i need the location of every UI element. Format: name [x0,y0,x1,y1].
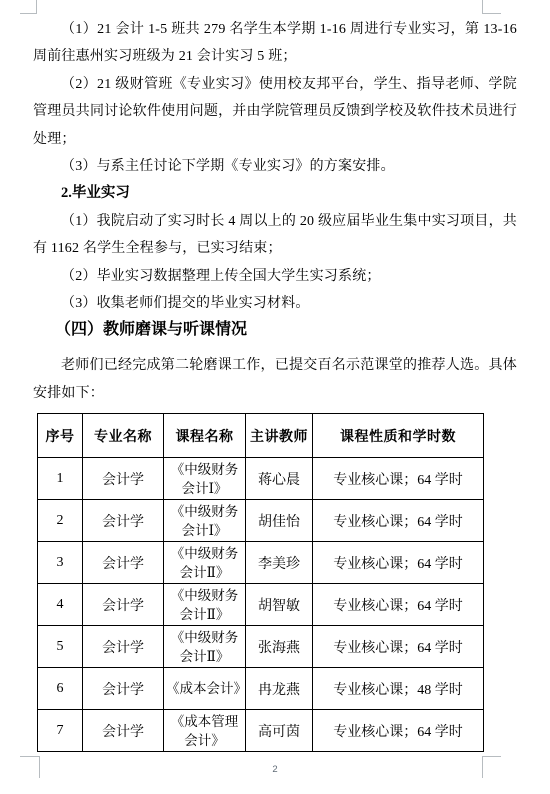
header-cell-no: 序号 [38,414,83,458]
table-row: 7 会计学 《成本管理 会计》 高可茵 专业核心课；64 学时 [38,710,484,752]
table-row: 2 会计学 《中级财务 会计Ⅰ》 胡佳怡 专业核心课；64 学时 [38,500,484,542]
cell-nature: 专业核心课；64 学时 [313,584,484,626]
paragraph-section4-intro: 老师们已经完成第二轮磨课工作，已提交百名示范课堂的推荐人选。具体安排如下： [33,352,517,407]
heading-section-4: （四）教师磨课与听课情况 [33,318,517,342]
cell-nature: 专业核心课；64 学时 [313,710,484,752]
cell-no: 2 [38,500,83,542]
paragraph-internship-1: （1）21 会计 1-5 班共 279 名学生本学期 1-16 周进行专业实习，… [33,16,517,71]
paragraph-internship-2: （2）21 级财管班《专业实习》使用校友邦平台，学生、指导老师、学院管理员共同讨… [33,71,517,153]
paragraph-internship-3: （3）与系主任讨论下学期《专业实习》的方案安排。 [33,153,517,180]
paragraph-graduation-3: （3）收集老师们提交的毕业实习材料。 [33,290,517,317]
cell-no: 6 [38,668,83,710]
cell-nature: 专业核心课；64 学时 [313,500,484,542]
header-cell-major: 专业名称 [83,414,164,458]
cell-nature: 专业核心课；64 学时 [313,626,484,668]
cell-major: 会计学 [83,584,164,626]
cell-teacher: 张海燕 [246,626,313,668]
cell-major: 会计学 [83,458,164,500]
cell-no: 5 [38,626,83,668]
paragraph-graduation-1: （1）我院启动了实习时长 4 周以上的 20 级应届毕业生集中实习项目，共有 1… [33,208,517,263]
document-page: （1）21 会计 1-5 班共 279 名学生本学期 1-16 周进行专业实习，… [0,0,550,794]
cell-course: 《成本会计》 [164,668,246,710]
cell-course: 《中级财务 会计Ⅰ》 [164,500,246,542]
cell-teacher: 高可茵 [246,710,313,752]
header-cell-teacher: 主讲教师 [246,414,313,458]
course-table: 序号 专业名称 课程名称 主讲教师 课程性质和学时数 1 会计学 《中级财务 会… [37,413,484,752]
cell-nature: 专业核心课；64 学时 [313,542,484,584]
table-row: 3 会计学 《中级财务 会计Ⅱ》 李美珍 专业核心课；64 学时 [38,542,484,584]
header-cell-nature: 课程性质和学时数 [313,414,484,458]
document-body: （1）21 会计 1-5 班共 279 名学生本学期 1-16 周进行专业实习，… [0,0,550,752]
table-header-row: 序号 专业名称 课程名称 主讲教师 课程性质和学时数 [38,414,484,458]
margin-mark-top-left [20,0,37,14]
cell-teacher: 胡佳怡 [246,500,313,542]
cell-no: 1 [38,458,83,500]
cell-teacher: 蒋心晨 [246,458,313,500]
table-row: 6 会计学 《成本会计》 冉龙燕 专业核心课；48 学时 [38,668,484,710]
cell-course: 《中级财务 会计Ⅱ》 [164,626,246,668]
cell-major: 会计学 [83,626,164,668]
cell-teacher: 李美珍 [246,542,313,584]
cell-nature: 专业核心课；64 学时 [313,458,484,500]
table-row: 4 会计学 《中级财务 会计Ⅱ》 胡智敏 专业核心课；64 学时 [38,584,484,626]
cell-no: 4 [38,584,83,626]
cell-major: 会计学 [83,500,164,542]
header-cell-course: 课程名称 [164,414,246,458]
table-row: 5 会计学 《中级财务 会计Ⅱ》 张海燕 专业核心课；64 学时 [38,626,484,668]
cell-course: 《中级财务 会计Ⅱ》 [164,584,246,626]
cell-major: 会计学 [83,668,164,710]
page-number: 2 [0,764,550,775]
cell-course: 《中级财务 会计Ⅰ》 [164,458,246,500]
margin-mark-top-right [482,0,501,14]
cell-major: 会计学 [83,542,164,584]
cell-nature: 专业核心课；48 学时 [313,668,484,710]
cell-no: 3 [38,542,83,584]
heading-graduation-internship: 2.毕业实习 [33,180,517,207]
paragraph-graduation-2: （2）毕业实习数据整理上传全国大学生实习系统； [33,263,517,290]
cell-no: 7 [38,710,83,752]
table-row: 1 会计学 《中级财务 会计Ⅰ》 蒋心晨 专业核心课；64 学时 [38,458,484,500]
cell-course: 《中级财务 会计Ⅱ》 [164,542,246,584]
cell-teacher: 冉龙燕 [246,668,313,710]
cell-teacher: 胡智敏 [246,584,313,626]
cell-major: 会计学 [83,710,164,752]
cell-course: 《成本管理 会计》 [164,710,246,752]
